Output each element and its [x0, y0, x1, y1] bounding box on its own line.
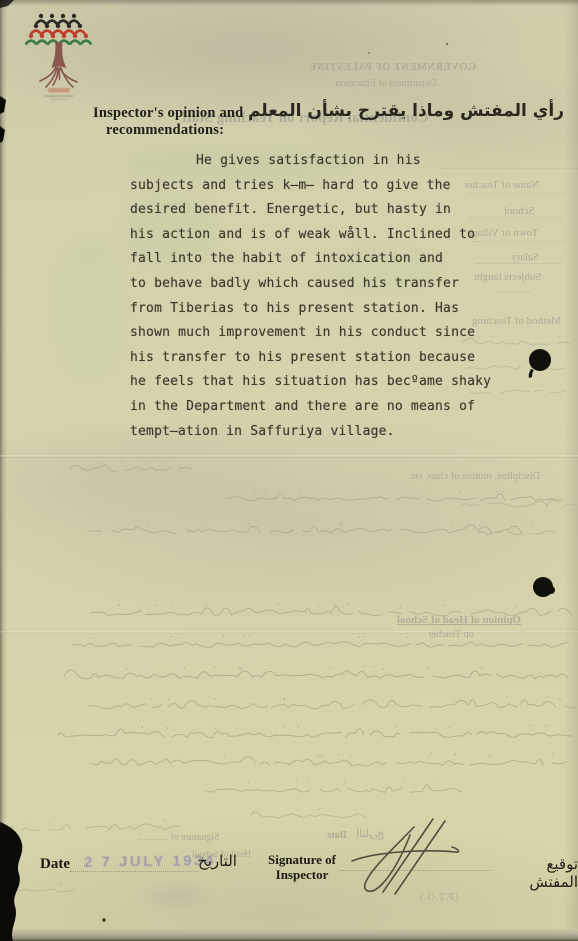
handwriting-dot	[560, 699, 562, 701]
handwriting-dot	[205, 523, 207, 525]
typewritten-line: fall into the habit of intoxication and	[130, 247, 475, 272]
handwriting-dot	[321, 808, 323, 810]
handwriting-dot	[148, 522, 150, 524]
handwriting-dot	[155, 604, 157, 606]
handwriting-dot	[126, 668, 128, 670]
handwriting-dot	[114, 522, 116, 524]
handwriting-dot	[449, 726, 451, 728]
handwriting-dot	[503, 490, 505, 492]
handwriting-dot	[278, 603, 280, 605]
logo-figures-row-middle	[31, 24, 84, 34]
handwriting-dot	[375, 524, 377, 526]
typewritten-line: his transfer to his present station beca…	[130, 346, 475, 371]
handwriting-dot	[481, 521, 483, 523]
handwriting-dot	[239, 668, 241, 670]
logo-trunk	[52, 41, 67, 68]
logo-wordmark	[44, 88, 74, 100]
handwriting-dot	[452, 522, 454, 524]
typewritten-line: he feels that his situation has becºame …	[130, 370, 475, 395]
date-label: Date	[40, 856, 70, 873]
handwriting-dot	[400, 606, 402, 608]
handwriting-dot	[489, 755, 491, 757]
bleed-text-school: School	[504, 205, 535, 217]
bleed-rule	[470, 217, 562, 218]
handwriting-dot	[215, 727, 217, 729]
handwriting-dot	[318, 809, 320, 811]
ink-blot	[529, 349, 555, 597]
typewritten-line: in the Department and there are no means…	[130, 395, 475, 420]
handwritten-arabic-line	[205, 785, 461, 793]
handwriting-dot	[249, 635, 251, 637]
handwriting-dot	[479, 525, 481, 527]
arabic-title: رأي المفتش وماذا يقترح بشأن المعلم	[248, 101, 564, 121]
date-dotted-line	[70, 871, 198, 872]
bleed-text-name: Name of Teacher	[464, 179, 539, 191]
handwriting-dot	[454, 754, 456, 756]
typewritten-line: to behave badly which caused his transfe…	[130, 272, 475, 297]
handwriting-dot	[283, 698, 285, 700]
edge-blot	[0, 0, 22, 941]
handwriting-dot	[481, 667, 483, 669]
handwritten-arabic-line	[12, 889, 82, 892]
signature-label: Signature of Inspector	[262, 852, 342, 882]
handwriting-dot	[344, 781, 346, 783]
handwriting-dot	[239, 668, 241, 670]
handwriting-dot	[530, 725, 532, 727]
handwriting-dot	[507, 696, 509, 698]
handwriting-dot	[520, 335, 522, 337]
handwriting-dot	[248, 523, 250, 525]
handwriting-dot	[443, 604, 445, 606]
bleed-text-dateb: Date	[327, 830, 347, 841]
handwriting-dot	[546, 696, 548, 698]
bleed-rule	[468, 193, 568, 194]
handwriting-dot	[532, 524, 534, 526]
handwriting-dot	[184, 668, 186, 670]
handwriting-dot	[118, 604, 120, 606]
handwriting-dot	[428, 666, 430, 668]
handwriting-dot	[338, 754, 340, 756]
inspector-opinion-heading: Inspector's opinion and recommendations:	[93, 105, 243, 138]
handwritten-arabic-line	[72, 642, 569, 648]
handwriting-dot	[350, 756, 352, 758]
bleed-text-town: Town or Village	[467, 227, 538, 239]
handwritten-arabic-line	[64, 670, 568, 679]
handwriting-dot	[175, 637, 177, 639]
handwritten-arabic-line	[466, 365, 564, 369]
handwritten-arabic-line	[92, 757, 567, 766]
handwriting-dot	[330, 666, 332, 668]
handwriting-dot	[308, 781, 310, 783]
bleed-text-subjects: Subjects taught	[474, 271, 542, 283]
handwriting-dot	[505, 359, 507, 361]
typewritten-line: desired benefit. Energetic, but hasty in	[130, 198, 475, 223]
handwritten-arabic-line	[228, 494, 562, 501]
handwriting-dot	[298, 726, 300, 728]
handwriting-dot	[142, 726, 144, 728]
bleed-rule	[476, 263, 562, 264]
handwriting-dot	[495, 497, 497, 499]
handwritten-arabic-line	[88, 700, 578, 709]
handwriting-dot	[364, 666, 366, 668]
handwriting-dot	[407, 637, 409, 639]
bleed-text-salary: Salary	[511, 251, 539, 263]
typewritten-report: He gives satisfaction in hissubjects and…	[130, 149, 475, 444]
handwriting-dot	[346, 603, 348, 605]
handwriting-dot	[254, 490, 256, 492]
handwriting-dot	[150, 698, 152, 700]
handwriting-dot	[248, 782, 250, 784]
handwriting-dot	[214, 666, 216, 668]
bleed-rule	[472, 241, 568, 242]
handwriting-dot	[466, 637, 468, 639]
handwriting-dot	[460, 491, 462, 493]
handwritten-arabic-line	[478, 531, 559, 535]
handwriting-dot	[48, 822, 50, 824]
bleedthrough-layer: GOVERNMENT OF PALESTINEDepartment of Edu…	[0, 0, 578, 941]
handwriting-dot	[334, 604, 336, 606]
handwriting-dot	[100, 462, 102, 464]
heading-line2: recommendations:	[106, 122, 243, 139]
handwriting-dot	[236, 727, 238, 729]
handwriting-dot	[60, 882, 62, 884]
inspector-signature	[352, 819, 459, 894]
handwriting-dot	[445, 727, 447, 729]
signature-label-line2: Inspector	[262, 867, 342, 882]
handwriting-dot	[354, 809, 356, 811]
handwriting-dot	[121, 460, 123, 462]
handwriting-dot	[265, 492, 267, 494]
handwriting-dot	[389, 491, 391, 493]
handwriting-dot	[214, 698, 216, 700]
handwriting-dot	[461, 523, 463, 525]
handwriting-dot	[167, 727, 169, 729]
bleed-text-tarikhb: التاريخ	[356, 827, 385, 840]
logo-figures-row-top	[36, 14, 78, 24]
handwriting-dot	[362, 636, 364, 638]
handwritten-arabic-line	[462, 500, 575, 507]
heading-line1: Inspector's opinion and	[93, 105, 243, 122]
handwriting-dot	[559, 336, 561, 338]
handwriting-dot	[404, 781, 406, 783]
handwriting-dot	[223, 635, 225, 637]
bleed-rule	[497, 291, 531, 292]
handwritten-arabic-line	[86, 824, 179, 830]
paper-stain	[55, 240, 125, 380]
handwritten-arabic-line	[90, 607, 572, 616]
handwriting-dot	[224, 754, 226, 756]
handwriting-dot	[317, 606, 319, 608]
handwriting-dot	[31, 822, 33, 824]
handwriting-dot	[122, 461, 124, 463]
handwriting-dot	[93, 637, 95, 639]
handwriting-dot	[492, 336, 494, 338]
handwriting-dot	[431, 637, 433, 639]
handwriting-dot	[523, 386, 525, 388]
handwriting-dot	[434, 780, 436, 782]
handwriting-dot	[428, 756, 430, 758]
typewritten-line: subjects and tries k̶m̶ hard to give the	[130, 174, 475, 199]
typewritten-line: from Tiberias to his present station. Ha…	[130, 297, 475, 322]
handwriting-dot	[515, 605, 517, 607]
date-label-arabic: التاريخ	[198, 852, 237, 870]
handwriting-dot	[374, 666, 376, 668]
handwriting-dot	[431, 753, 433, 755]
handwritten-arabic-line	[462, 338, 570, 344]
handwriting-dot	[204, 605, 206, 607]
handwritten-arabic-line	[250, 812, 374, 818]
handwriting-dot	[354, 490, 356, 492]
handwriting-dot	[557, 698, 559, 700]
bleed-text-pto: (P.T.O.)	[419, 892, 458, 903]
paper-crease	[0, 631, 578, 634]
bleed-text-discipline: Discipline, routine of class, etc.	[374, 471, 574, 482]
handwriting-dot	[244, 635, 246, 637]
signature-label-arabic: توقيع المفتش	[494, 855, 578, 891]
handwriting-dot	[496, 491, 498, 493]
handwriting-dot	[532, 497, 534, 499]
handwriting-dot	[163, 819, 165, 821]
handwriting-dot	[525, 361, 527, 363]
typewritten-line: tempt̶ation in Saffuriya village.	[130, 420, 475, 445]
typewritten-line: his action and is of weak wåll. Inclined…	[130, 223, 475, 248]
handwriting-dot	[165, 821, 167, 823]
handwritten-arabic-line	[8, 825, 71, 830]
bleed-text-opinion: Opinion of Head of School	[385, 614, 533, 626]
handwriting-dot	[396, 725, 398, 727]
handwriting-dot	[171, 636, 173, 638]
signature-label-line1: Signature of	[262, 852, 342, 867]
handwriting-dot	[141, 727, 143, 729]
handwriting-dot	[296, 780, 298, 782]
handwriting-dot	[340, 523, 342, 525]
bleed-text-method: Method of Teaching	[472, 315, 561, 327]
typewritten-line: He gives satisfaction in his	[130, 149, 475, 174]
annotation-layer	[0, 0, 578, 941]
handwritten-arabic-line	[88, 525, 530, 533]
handwriting-dot	[317, 755, 319, 757]
bleed-text-govt: GOVERNMENT OF PALESTINE	[316, 62, 476, 73]
paper-shading	[0, 0, 578, 941]
handwriting-dot	[358, 636, 360, 638]
handwriting-dot	[168, 699, 170, 701]
paper-crease	[0, 455, 578, 458]
handwriting-dot	[382, 668, 384, 670]
handwriting-dot	[545, 725, 547, 727]
handwriting-dot	[299, 490, 301, 492]
handwriting-dot	[499, 359, 501, 361]
handwriting-dot	[341, 524, 343, 526]
logo-roots	[40, 67, 77, 87]
date-stamp: 2 7 JULY 1934	[84, 852, 216, 871]
stamp-smudge	[120, 878, 230, 923]
handwriting-dot	[284, 726, 286, 728]
typewritten-line: shown much improvement in his conduct si…	[130, 321, 475, 346]
bleed-text-dept: Department of Education	[326, 78, 446, 89]
bottom-scan-edge	[0, 929, 578, 941]
handwritten-arabic-line	[70, 465, 191, 472]
handwritten-arabic-line	[58, 729, 572, 738]
handwriting-dot	[454, 753, 456, 755]
handwriting-dot	[552, 753, 554, 755]
handwriting-dot	[321, 755, 323, 757]
handwriting-dot	[60, 884, 62, 886]
handwritten-arabic-line	[470, 390, 565, 393]
handwriting-dot	[284, 699, 286, 701]
handwriting-dot	[170, 605, 172, 607]
handwriting-dot	[279, 697, 281, 699]
tree-of-people-logo	[24, 8, 94, 103]
logo-figures-row-bottom	[26, 34, 90, 44]
signature-dotted-line	[340, 870, 492, 871]
handwriting-dot	[209, 697, 211, 699]
handwriting-dot	[477, 498, 479, 500]
bleed-text-signature: Signature of ............	[138, 832, 220, 843]
handwriting-dot	[242, 667, 244, 669]
scanned-document-page: GOVERNMENT OF PALESTINEDepartment of Edu…	[0, 0, 578, 941]
